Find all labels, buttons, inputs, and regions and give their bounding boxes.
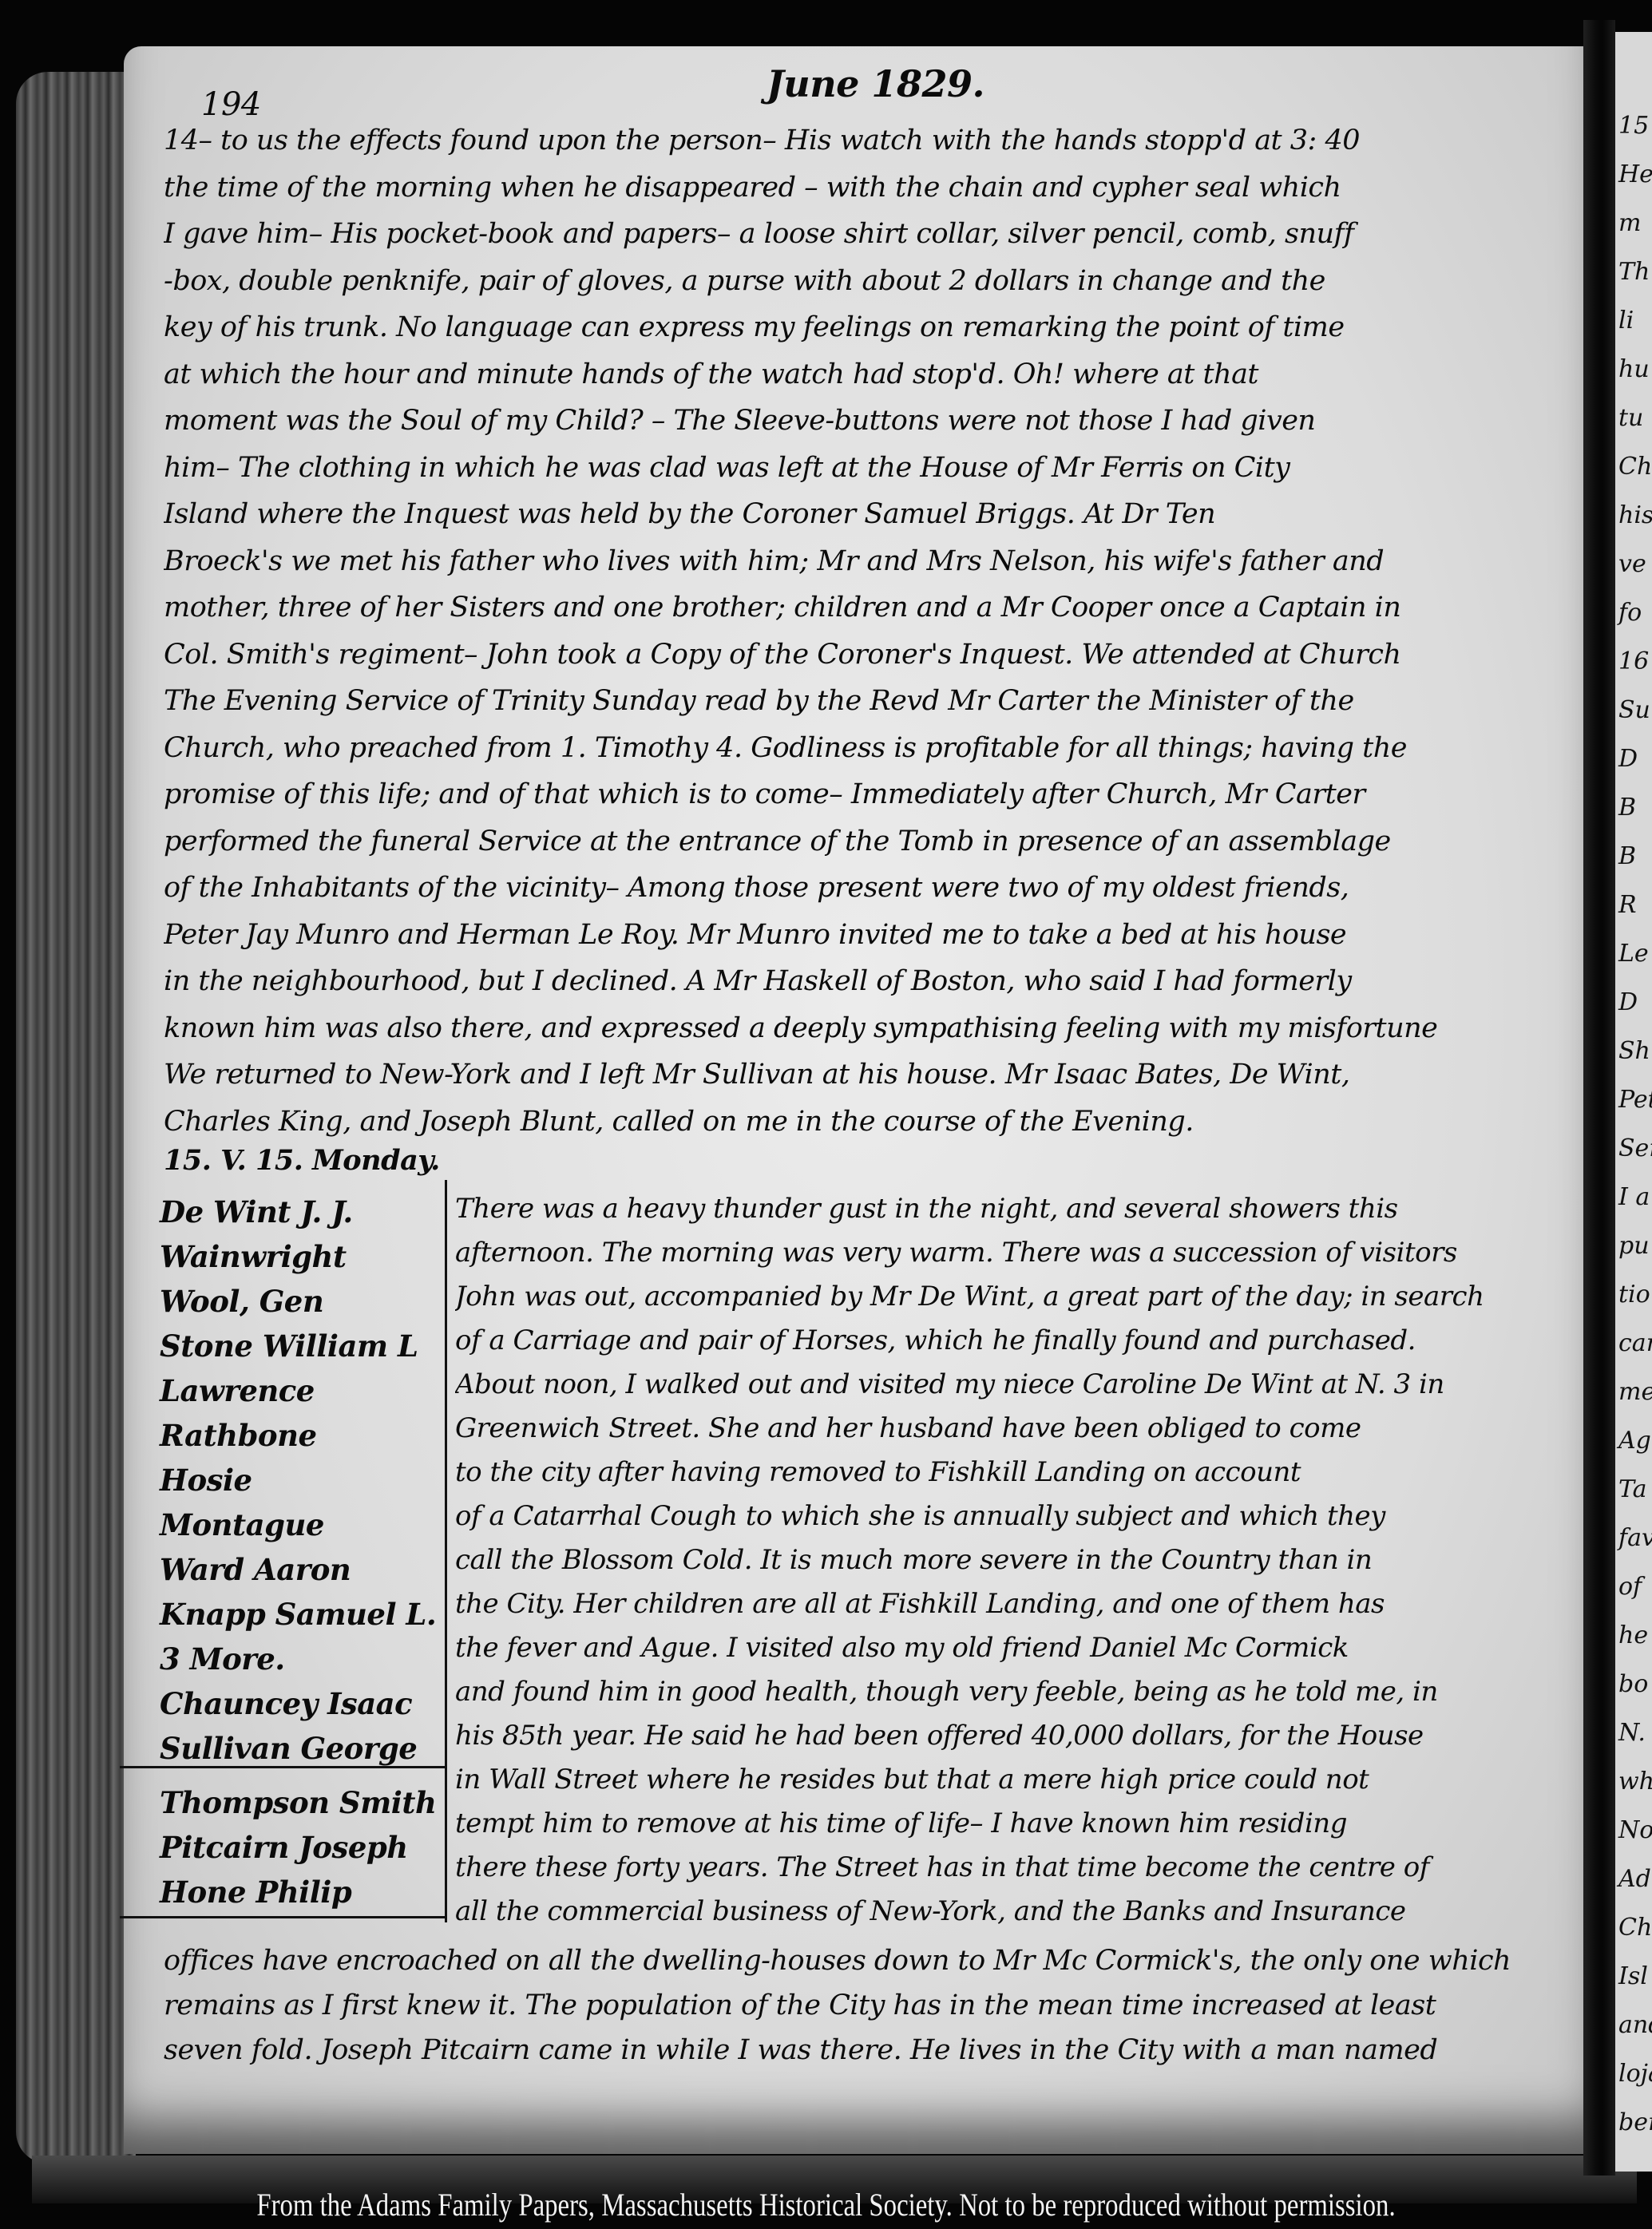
manuscript-line: About noon, I walked out and visited my … bbox=[455, 1364, 1577, 1405]
facing-page-fragment: B bbox=[1618, 842, 1636, 870]
facing-page-fragment: tu bbox=[1618, 404, 1643, 432]
facing-page-fragment: wh bbox=[1618, 1768, 1652, 1795]
manuscript-line: offices have encroached on all the dwell… bbox=[164, 1940, 1577, 1982]
visitor-name: De Wint J. J. bbox=[160, 1190, 447, 1234]
facing-page-fragment: li bbox=[1618, 307, 1634, 335]
visitor-name: Hosie bbox=[160, 1458, 447, 1502]
facing-page-fragment: Ad bbox=[1618, 1865, 1651, 1893]
facing-page-fragment: can bbox=[1618, 1329, 1652, 1357]
manuscript-line: tempt him to remove at his time of life–… bbox=[455, 1803, 1577, 1844]
visitor-name: Ward Aaron bbox=[160, 1547, 447, 1592]
page-header-date: June 1829. bbox=[767, 62, 984, 105]
facing-page-fragment: and bbox=[1618, 2011, 1652, 2039]
facing-page-fragment: Ta bbox=[1618, 1475, 1647, 1503]
manuscript-line: afternoon. The morning was very warm. Th… bbox=[455, 1232, 1577, 1273]
facing-page-fragment: hu bbox=[1618, 355, 1650, 383]
facing-page: 15HemThlihutuChhisvefo16SuDBBRLeDShPeteS… bbox=[1615, 32, 1652, 2172]
manuscript-line: There was a heavy thunder gust in the ni… bbox=[455, 1188, 1577, 1229]
margin-column-rule bbox=[445, 1180, 447, 1922]
book-page-edges bbox=[16, 72, 136, 2164]
manuscript-line: promise of this life; and of that which … bbox=[164, 774, 1577, 815]
visitor-name: Lawrence bbox=[160, 1368, 447, 1413]
facing-page-fragment: D bbox=[1618, 988, 1638, 1016]
manuscript-line: John was out, accompanied by Mr De Wint,… bbox=[455, 1276, 1577, 1317]
manuscript-line: remains as I first knew it. The populati… bbox=[164, 1985, 1577, 2026]
visitor-name: Hone Philip bbox=[160, 1870, 447, 1914]
visitor-name: Stone William L bbox=[160, 1324, 447, 1368]
manuscript-line: to the city after having removed to Fish… bbox=[455, 1451, 1577, 1493]
facing-page-fragment: bo bbox=[1618, 1670, 1648, 1698]
visitor-name: 3 More. bbox=[160, 1637, 447, 1681]
manuscript-line: at which the hour and minute hands of th… bbox=[164, 354, 1577, 395]
manuscript-line: of a Catarrhal Cough to which she is ann… bbox=[455, 1495, 1577, 1537]
manuscript-line: Peter Jay Munro and Herman Le Roy. Mr Mu… bbox=[164, 914, 1577, 956]
facing-page-fragment: he bbox=[1618, 1621, 1648, 1649]
facing-page-fragment: m bbox=[1618, 209, 1641, 237]
visitors-list-bottom-rule bbox=[120, 1916, 447, 1918]
facing-page-fragment: ber bbox=[1618, 2108, 1652, 2136]
manuscript-line: mother, three of her Sisters and one bro… bbox=[164, 587, 1577, 628]
visitor-name: Wool, Gen bbox=[160, 1279, 447, 1324]
facing-page-fragment: Su bbox=[1618, 696, 1650, 724]
facing-page-fragment: me bbox=[1618, 1378, 1652, 1406]
visitor-name: Montague bbox=[160, 1502, 447, 1547]
manuscript-line: call the Blossom Cold. It is much more s… bbox=[455, 1539, 1577, 1581]
manuscript-line: in Wall Street where he resides but that… bbox=[455, 1759, 1577, 1800]
manuscript-line: the fever and Ague. I visited also my ol… bbox=[455, 1627, 1577, 1669]
facing-page-fragment: Th bbox=[1618, 258, 1650, 286]
visitor-name: Wainwright bbox=[160, 1234, 447, 1279]
facing-page-fragment: Ch bbox=[1618, 1914, 1652, 1942]
manuscript-line: the City. Her children are all at Fishki… bbox=[455, 1583, 1577, 1625]
book-gutter bbox=[1583, 20, 1615, 2176]
manuscript-line: Charles King, and Joseph Blunt, called o… bbox=[164, 1101, 1577, 1142]
facing-page-fragment: Ch bbox=[1618, 453, 1652, 481]
facing-page-fragment: He bbox=[1618, 160, 1652, 188]
manuscript-line: Col. Smith's regiment– John took a Copy … bbox=[164, 634, 1577, 675]
facing-page-fragment: Ser bbox=[1618, 1134, 1652, 1162]
facing-page-fragment: R bbox=[1618, 891, 1637, 919]
facing-page-fragment: No bbox=[1618, 1816, 1652, 1844]
manuscript-line: moment was the Soul of my Child? – The S… bbox=[164, 400, 1577, 441]
facing-page-fragment: of bbox=[1618, 1573, 1642, 1601]
visitor-name: Rathbone bbox=[160, 1413, 447, 1458]
manuscript-line: performed the funeral Service at the ent… bbox=[164, 821, 1577, 862]
facing-page-fragment: tio bbox=[1618, 1281, 1650, 1308]
manuscript-line: Church, who preached from 1. Timothy 4. … bbox=[164, 727, 1577, 769]
facing-page-fragment: Pete bbox=[1618, 1086, 1652, 1114]
visitors-list: De Wint J. J.WainwrightWool, GenStone Wi… bbox=[160, 1190, 447, 1914]
manuscript-line: of a Carriage and pair of Horses, which … bbox=[455, 1320, 1577, 1361]
facing-page-fragment: 16 bbox=[1618, 647, 1649, 675]
manuscript-line: him– The clothing in which he was clad w… bbox=[164, 447, 1577, 489]
manuscript-line: all the commercial business of New-York,… bbox=[455, 1890, 1577, 1932]
manuscript-line: key of his trunk. No language can expres… bbox=[164, 307, 1577, 348]
facing-page-fragment: Isl bbox=[1618, 1962, 1648, 1990]
manuscript-line: seven fold. Joseph Pitcairn came in whil… bbox=[164, 2029, 1577, 2071]
manuscript-line: his 85th year. He said he had been offer… bbox=[455, 1715, 1577, 1756]
visitor-name: Thompson Smith bbox=[160, 1780, 447, 1825]
manuscript-line: -box, double penknife, pair of gloves, a… bbox=[164, 260, 1577, 302]
facing-page-fragment: loja bbox=[1618, 2060, 1652, 2088]
visitors-list-divider bbox=[120, 1766, 447, 1768]
manuscript-line: there these forty years. The Street has … bbox=[455, 1847, 1577, 1888]
facing-page-fragment: ve bbox=[1618, 550, 1646, 578]
manuscript-line: the time of the morning when he disappea… bbox=[164, 167, 1577, 208]
facing-page-fragment: Sh bbox=[1618, 1037, 1650, 1065]
facing-page-fragment: fav bbox=[1618, 1524, 1652, 1552]
facing-page-fragment: Le bbox=[1618, 940, 1649, 968]
facing-page-fragment: D bbox=[1618, 745, 1638, 773]
manuscript-line: 14– to us the effects found upon the per… bbox=[164, 120, 1577, 161]
manuscript-line: known him was also there, and expressed … bbox=[164, 1008, 1577, 1049]
manuscript-line: of the Inhabitants of the vicinity– Amon… bbox=[164, 867, 1577, 909]
manuscript-line: Island where the Inquest was held by the… bbox=[164, 493, 1577, 535]
facing-page-fragment: B bbox=[1618, 794, 1636, 822]
facing-page-fragment: fo bbox=[1618, 599, 1642, 627]
facing-page-fragment: N. bbox=[1618, 1719, 1646, 1747]
copyright-notice: From the Adams Family Papers, Massachuse… bbox=[149, 2186, 1503, 2223]
page-number: 194 bbox=[201, 86, 261, 123]
manuscript-line: The Evening Service of Trinity Sunday re… bbox=[164, 680, 1577, 722]
facing-page-fragment: Ag bbox=[1618, 1427, 1651, 1455]
facing-page-fragment: pu bbox=[1618, 1232, 1650, 1260]
manuscript-line: and found him in good health, though ver… bbox=[455, 1671, 1577, 1712]
visitor-name: Sullivan George bbox=[160, 1726, 447, 1771]
manuscript-line: Greenwich Street. She and her husband ha… bbox=[455, 1407, 1577, 1449]
facing-page-fragment: his bbox=[1618, 501, 1652, 529]
manuscript-line: Broeck's we met his father who lives wit… bbox=[164, 540, 1577, 582]
manuscript-line: We returned to New-York and I left Mr Su… bbox=[164, 1054, 1577, 1095]
visitor-name: Chauncey Isaac bbox=[160, 1681, 447, 1726]
manuscript-line: I gave him– His pocket-book and papers– … bbox=[164, 213, 1577, 255]
entry-date-label: 15. V. 15. Monday. bbox=[164, 1140, 1577, 1182]
visitor-name: Knapp Samuel L. bbox=[160, 1592, 447, 1637]
manuscript-line: in the neighbourhood, but I declined. A … bbox=[164, 960, 1577, 1002]
facing-page-fragment: 15 bbox=[1618, 112, 1649, 140]
visitor-name: Pitcairn Joseph bbox=[160, 1825, 447, 1870]
facing-page-fragment: I a bbox=[1618, 1183, 1650, 1211]
